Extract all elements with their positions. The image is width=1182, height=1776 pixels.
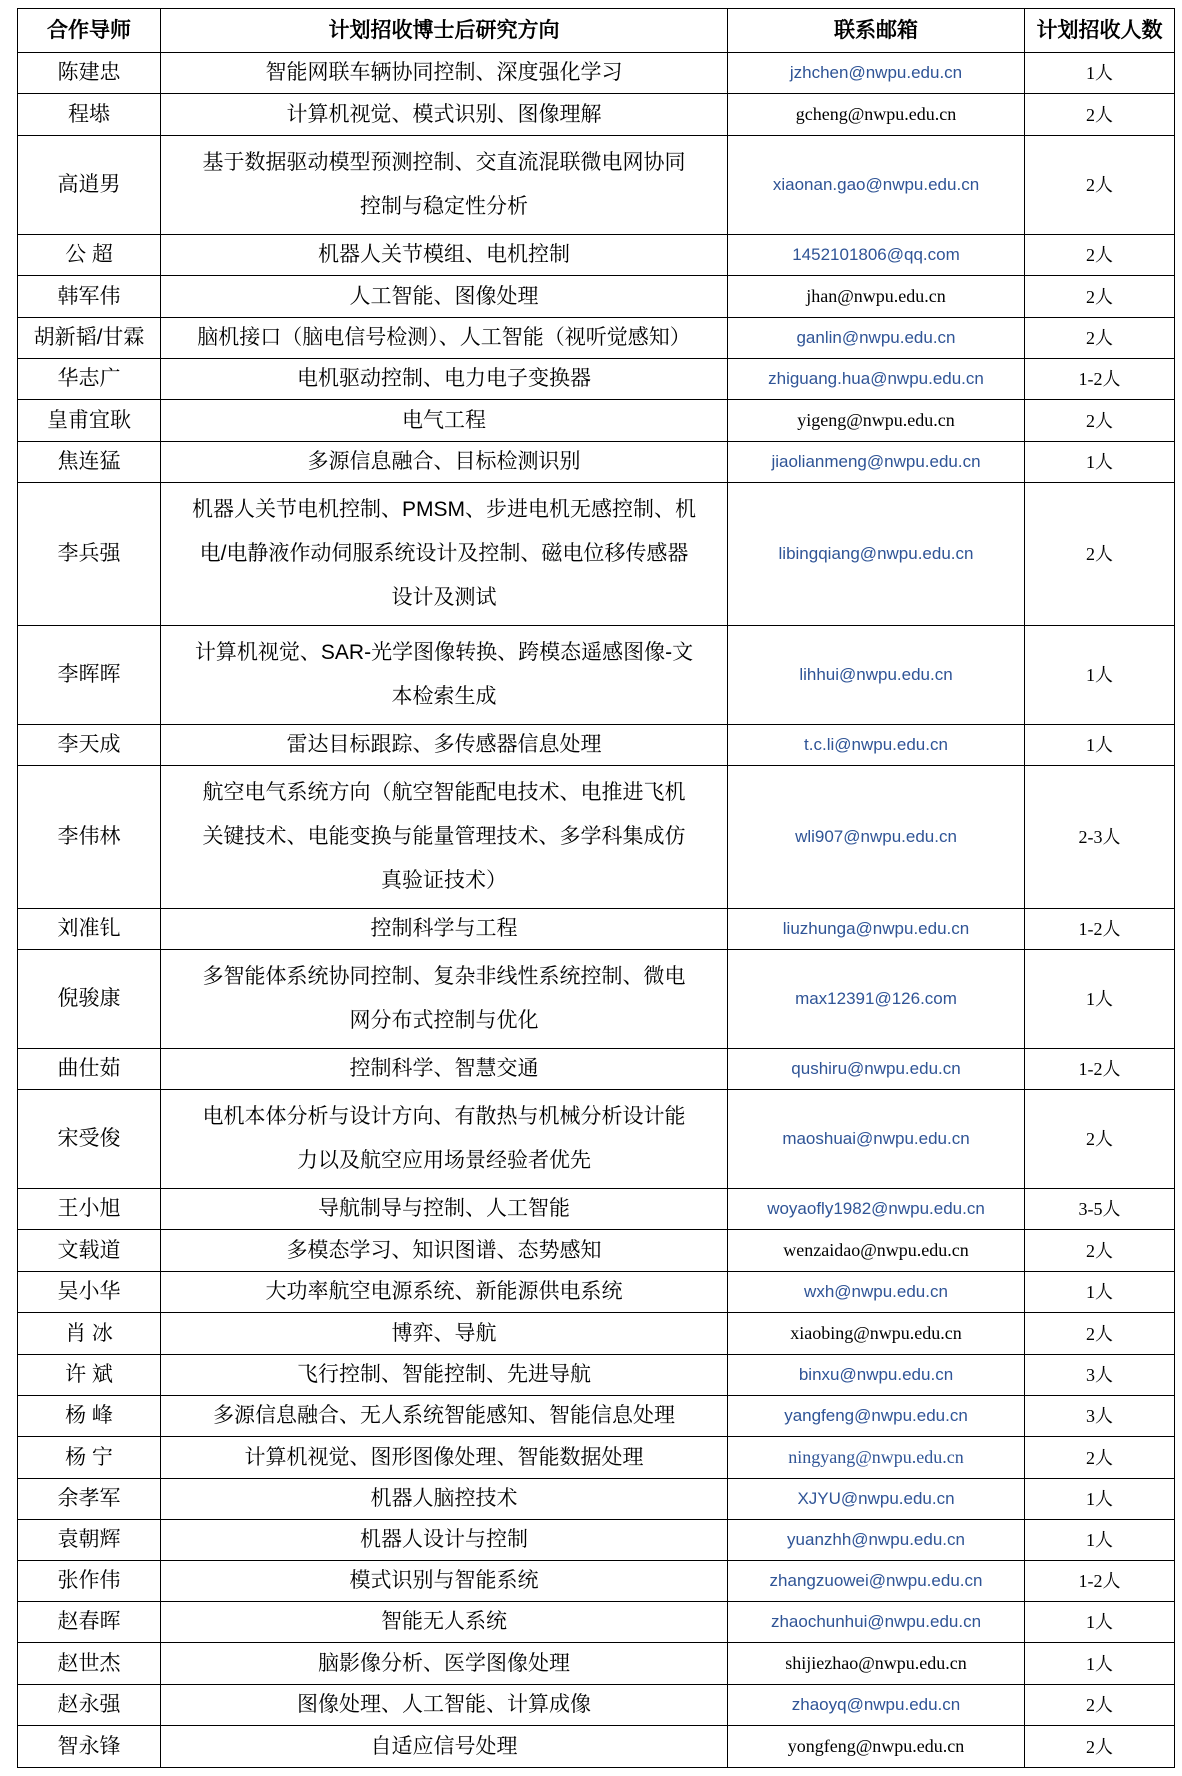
research-direction: 电机驱动控制、电力电子变换器 <box>161 359 728 400</box>
table-row: 韩军伟人工智能、图像处理jhan@nwpu.edu.cn2人 <box>18 276 1175 318</box>
recruit-count: 2人 <box>1025 1437 1175 1479</box>
email-cell: ganlin@nwpu.edu.cn <box>728 318 1025 359</box>
email-link[interactable]: libingqiang@nwpu.edu.cn <box>779 544 974 563</box>
advisor-name: 程塨 <box>18 94 161 136</box>
advisor-name: 杨 宁 <box>18 1437 161 1479</box>
email-cell: xiaobing@nwpu.edu.cn <box>728 1313 1025 1355</box>
research-direction: 控制科学、智慧交通 <box>161 1049 728 1090</box>
email-link[interactable]: wxh@nwpu.edu.cn <box>804 1282 948 1301</box>
email-link[interactable]: wli907@nwpu.edu.cn <box>795 827 957 846</box>
recruit-count: 1人 <box>1025 53 1175 94</box>
recruit-count: 1人 <box>1025 1520 1175 1561</box>
advisor-name: 赵永强 <box>18 1685 161 1726</box>
email-link[interactable]: jiaolianmeng@nwpu.edu.cn <box>771 452 980 471</box>
email-cell: wli907@nwpu.edu.cn <box>728 766 1025 909</box>
email-link[interactable]: XJYU@nwpu.edu.cn <box>797 1489 954 1508</box>
research-direction: 机器人关节电机控制、PMSM、步进电机无感控制、机 电/电静液作动伺服系统设计及… <box>161 483 728 626</box>
recruit-count: 1人 <box>1025 626 1175 725</box>
research-direction: 电气工程 <box>161 400 728 442</box>
email-link[interactable]: woyaofly1982@nwpu.edu.cn <box>767 1199 985 1218</box>
recruit-count: 3人 <box>1025 1355 1175 1396</box>
advisor-name: 公 超 <box>18 235 161 276</box>
research-direction: 多源信息融合、无人系统智能感知、智能信息处理 <box>161 1396 728 1437</box>
email-cell: binxu@nwpu.edu.cn <box>728 1355 1025 1396</box>
email-cell: libingqiang@nwpu.edu.cn <box>728 483 1025 626</box>
recruit-count: 1人 <box>1025 442 1175 483</box>
email-link[interactable]: ganlin@nwpu.edu.cn <box>796 328 955 347</box>
recruit-count: 1-2人 <box>1025 359 1175 400</box>
email-cell: yigeng@nwpu.edu.cn <box>728 400 1025 442</box>
email-link[interactable]: zhaochunhui@nwpu.edu.cn <box>771 1612 981 1631</box>
advisor-name: 曲仕茹 <box>18 1049 161 1090</box>
table-row: 赵世杰脑影像分析、医学图像处理shijiezhao@nwpu.edu.cn1人 <box>18 1643 1175 1685</box>
email-link[interactable]: jzhchen@nwpu.edu.cn <box>790 63 962 82</box>
table-row: 李晖晖计算机视觉、SAR-光学图像转换、跨模态遥感图像-文 本检索生成lihhu… <box>18 626 1175 725</box>
recruit-count: 2人 <box>1025 94 1175 136</box>
recruit-count: 1人 <box>1025 725 1175 766</box>
recruit-count: 1-2人 <box>1025 1561 1175 1602</box>
table-row: 程塨计算机视觉、模式识别、图像理解gcheng@nwpu.edu.cn2人 <box>18 94 1175 136</box>
research-direction: 计算机视觉、模式识别、图像理解 <box>161 94 728 136</box>
table-row: 肖 冰博弈、导航xiaobing@nwpu.edu.cn2人 <box>18 1313 1175 1355</box>
recruit-count: 2人 <box>1025 1726 1175 1768</box>
header-advisor: 合作导师 <box>18 9 161 53</box>
email-link[interactable]: max12391@126.com <box>795 989 957 1008</box>
recruit-count: 1人 <box>1025 1479 1175 1520</box>
recruit-count: 2人 <box>1025 1230 1175 1272</box>
advisor-name: 华志广 <box>18 359 161 400</box>
email-link[interactable]: zhiguang.hua@nwpu.edu.cn <box>768 369 984 388</box>
advisor-name: 刘准钆 <box>18 909 161 950</box>
advisor-name: 李天成 <box>18 725 161 766</box>
table-row: 袁朝辉机器人设计与控制yuanzhh@nwpu.edu.cn1人 <box>18 1520 1175 1561</box>
table-row: 杨 宁计算机视觉、图形图像处理、智能数据处理ningyang@nwpu.edu.… <box>18 1437 1175 1479</box>
research-direction: 电机本体分析与设计方向、有散热与机械分析设计能 力以及航空应用场景经验者优先 <box>161 1090 728 1189</box>
research-direction: 机器人关节模组、电机控制 <box>161 235 728 276</box>
advisor-name: 高逍男 <box>18 136 161 235</box>
email-link[interactable]: maoshuai@nwpu.edu.cn <box>782 1129 969 1148</box>
table-row: 高逍男基于数据驱动模型预测控制、交直流混联微电网协同 控制与稳定性分析xiaon… <box>18 136 1175 235</box>
table-row: 张作伟模式识别与智能系统zhangzuowei@nwpu.edu.cn1-2人 <box>18 1561 1175 1602</box>
research-direction: 机器人脑控技术 <box>161 1479 728 1520</box>
advisor-name: 余孝军 <box>18 1479 161 1520</box>
email-text: gcheng@nwpu.edu.cn <box>796 104 957 124</box>
email-link[interactable]: 1452101806@qq.com <box>792 245 960 264</box>
recruit-count: 2-3人 <box>1025 766 1175 909</box>
email-link[interactable]: binxu@nwpu.edu.cn <box>799 1365 953 1384</box>
email-text: yigeng@nwpu.edu.cn <box>797 410 955 430</box>
recruit-count: 2人 <box>1025 1685 1175 1726</box>
recruit-count: 2人 <box>1025 1313 1175 1355</box>
email-cell: yuanzhh@nwpu.edu.cn <box>728 1520 1025 1561</box>
email-cell: zhaoyq@nwpu.edu.cn <box>728 1685 1025 1726</box>
research-direction: 控制科学与工程 <box>161 909 728 950</box>
advisor-name: 智永锋 <box>18 1726 161 1768</box>
research-direction: 智能无人系统 <box>161 1602 728 1643</box>
table-row: 赵春晖智能无人系统zhaochunhui@nwpu.edu.cn1人 <box>18 1602 1175 1643</box>
page: 合作导师 计划招收博士后研究方向 联系邮箱 计划招收人数 陈建忠智能网联车辆协同… <box>0 0 1182 1776</box>
recruit-count: 2人 <box>1025 235 1175 276</box>
advisor-name: 张作伟 <box>18 1561 161 1602</box>
table-row: 皇甫宜耿电气工程yigeng@nwpu.edu.cn2人 <box>18 400 1175 442</box>
email-cell: liuzhunga@nwpu.edu.cn <box>728 909 1025 950</box>
email-cell: wenzaidao@nwpu.edu.cn <box>728 1230 1025 1272</box>
table-row: 文载道多模态学习、知识图谱、态势感知wenzaidao@nwpu.edu.cn2… <box>18 1230 1175 1272</box>
recruit-count: 2人 <box>1025 400 1175 442</box>
email-cell: yongfeng@nwpu.edu.cn <box>728 1726 1025 1768</box>
advisor-name: 焦连猛 <box>18 442 161 483</box>
table-row: 杨 峰多源信息融合、无人系统智能感知、智能信息处理yangfeng@nwpu.e… <box>18 1396 1175 1437</box>
email-link[interactable]: liuzhunga@nwpu.edu.cn <box>783 919 969 938</box>
research-direction: 计算机视觉、图形图像处理、智能数据处理 <box>161 1437 728 1479</box>
table-row: 华志广电机驱动控制、电力电子变换器zhiguang.hua@nwpu.edu.c… <box>18 359 1175 400</box>
advisor-name: 赵春晖 <box>18 1602 161 1643</box>
email-cell: XJYU@nwpu.edu.cn <box>728 1479 1025 1520</box>
table-row: 智永锋自适应信号处理yongfeng@nwpu.edu.cn2人 <box>18 1726 1175 1768</box>
table-row: 曲仕茹控制科学、智慧交通qushiru@nwpu.edu.cn1-2人 <box>18 1049 1175 1090</box>
research-direction: 多源信息融合、目标检测识别 <box>161 442 728 483</box>
advisor-name: 许 斌 <box>18 1355 161 1396</box>
advisor-name: 赵世杰 <box>18 1643 161 1685</box>
recruitment-table: 合作导师 计划招收博士后研究方向 联系邮箱 计划招收人数 陈建忠智能网联车辆协同… <box>17 8 1175 1768</box>
email-cell: zhangzuowei@nwpu.edu.cn <box>728 1561 1025 1602</box>
advisor-name: 倪骏康 <box>18 950 161 1049</box>
email-link[interactable]: xiaonan.gao@nwpu.edu.cn <box>773 175 979 194</box>
research-direction: 机器人设计与控制 <box>161 1520 728 1561</box>
email-cell: woyaofly1982@nwpu.edu.cn <box>728 1189 1025 1230</box>
email-cell: jzhchen@nwpu.edu.cn <box>728 53 1025 94</box>
research-direction: 多智能体系统协同控制、复杂非线性系统控制、微电 网分布式控制与优化 <box>161 950 728 1049</box>
table-row: 焦连猛多源信息融合、目标检测识别jiaolianmeng@nwpu.edu.cn… <box>18 442 1175 483</box>
email-cell: shijiezhao@nwpu.edu.cn <box>728 1643 1025 1685</box>
email-text: xiaobing@nwpu.edu.cn <box>790 1323 962 1343</box>
email-cell: wxh@nwpu.edu.cn <box>728 1272 1025 1313</box>
email-cell: zhaochunhui@nwpu.edu.cn <box>728 1602 1025 1643</box>
email-text: yongfeng@nwpu.edu.cn <box>788 1736 965 1756</box>
email-cell: ningyang@nwpu.edu.cn <box>728 1437 1025 1479</box>
table-body: 陈建忠智能网联车辆协同控制、深度强化学习jzhchen@nwpu.edu.cn1… <box>18 53 1175 1768</box>
email-link[interactable]: zhangzuowei@nwpu.edu.cn <box>770 1571 983 1590</box>
table-row: 刘准钆控制科学与工程liuzhunga@nwpu.edu.cn1-2人 <box>18 909 1175 950</box>
research-direction: 导航制导与控制、人工智能 <box>161 1189 728 1230</box>
table-row: 许 斌飞行控制、智能控制、先进导航binxu@nwpu.edu.cn3人 <box>18 1355 1175 1396</box>
advisor-name: 吴小华 <box>18 1272 161 1313</box>
recruit-count: 1-2人 <box>1025 1049 1175 1090</box>
advisor-name: 袁朝辉 <box>18 1520 161 1561</box>
recruit-count: 1人 <box>1025 1643 1175 1685</box>
advisor-name: 杨 峰 <box>18 1396 161 1437</box>
email-text: jhan@nwpu.edu.cn <box>806 286 946 306</box>
email-cell: jiaolianmeng@nwpu.edu.cn <box>728 442 1025 483</box>
recruit-count: 2人 <box>1025 483 1175 626</box>
table-row: 李天成雷达目标跟踪、多传感器信息处理t.c.li@nwpu.edu.cn1人 <box>18 725 1175 766</box>
recruit-count: 1人 <box>1025 950 1175 1049</box>
research-direction: 博弈、导航 <box>161 1313 728 1355</box>
email-cell: lihhui@nwpu.edu.cn <box>728 626 1025 725</box>
recruit-count: 3人 <box>1025 1396 1175 1437</box>
research-direction: 雷达目标跟踪、多传感器信息处理 <box>161 725 728 766</box>
advisor-name: 胡新韬/甘霖 <box>18 318 161 359</box>
research-direction: 脑机接口（脑电信号检测）、人工智能（视听觉感知） <box>161 318 728 359</box>
research-direction: 脑影像分析、医学图像处理 <box>161 1643 728 1685</box>
table-row: 余孝军机器人脑控技术XJYU@nwpu.edu.cn1人 <box>18 1479 1175 1520</box>
research-direction: 人工智能、图像处理 <box>161 276 728 318</box>
research-direction: 大功率航空电源系统、新能源供电系统 <box>161 1272 728 1313</box>
recruit-count: 2人 <box>1025 1090 1175 1189</box>
email-cell: gcheng@nwpu.edu.cn <box>728 94 1025 136</box>
email-text: shijiezhao@nwpu.edu.cn <box>785 1653 967 1673</box>
research-direction: 计算机视觉、SAR-光学图像转换、跨模态遥感图像-文 本检索生成 <box>161 626 728 725</box>
advisor-name: 肖 冰 <box>18 1313 161 1355</box>
advisor-name: 陈建忠 <box>18 53 161 94</box>
header-email: 联系邮箱 <box>728 9 1025 53</box>
recruit-count: 2人 <box>1025 136 1175 235</box>
email-link[interactable]: lihhui@nwpu.edu.cn <box>799 665 952 684</box>
email-text: wenzaidao@nwpu.edu.cn <box>783 1240 969 1260</box>
email-cell: max12391@126.com <box>728 950 1025 1049</box>
recruit-count: 1人 <box>1025 1272 1175 1313</box>
table-row: 吴小华大功率航空电源系统、新能源供电系统wxh@nwpu.edu.cn1人 <box>18 1272 1175 1313</box>
header-row: 合作导师 计划招收博士后研究方向 联系邮箱 计划招收人数 <box>18 9 1175 53</box>
research-direction: 基于数据驱动模型预测控制、交直流混联微电网协同 控制与稳定性分析 <box>161 136 728 235</box>
email-cell: qushiru@nwpu.edu.cn <box>728 1049 1025 1090</box>
header-research: 计划招收博士后研究方向 <box>161 9 728 53</box>
recruit-count: 1人 <box>1025 1602 1175 1643</box>
research-direction: 智能网联车辆协同控制、深度强化学习 <box>161 53 728 94</box>
email-link[interactable]: yuanzhh@nwpu.edu.cn <box>787 1530 965 1549</box>
email-link[interactable]: ningyang@nwpu.edu.cn <box>788 1447 964 1467</box>
advisor-name: 皇甫宜耿 <box>18 400 161 442</box>
advisor-name: 王小旭 <box>18 1189 161 1230</box>
recruit-count: 3-5人 <box>1025 1189 1175 1230</box>
table-header: 合作导师 计划招收博士后研究方向 联系邮箱 计划招收人数 <box>18 9 1175 53</box>
email-cell: zhiguang.hua@nwpu.edu.cn <box>728 359 1025 400</box>
research-direction: 多模态学习、知识图谱、态势感知 <box>161 1230 728 1272</box>
email-link[interactable]: yangfeng@nwpu.edu.cn <box>784 1406 968 1425</box>
table-row: 赵永强图像处理、人工智能、计算成像zhaoyq@nwpu.edu.cn2人 <box>18 1685 1175 1726</box>
email-cell: maoshuai@nwpu.edu.cn <box>728 1090 1025 1189</box>
recruit-count: 2人 <box>1025 276 1175 318</box>
email-link[interactable]: t.c.li@nwpu.edu.cn <box>804 735 948 754</box>
table-row: 倪骏康多智能体系统协同控制、复杂非线性系统控制、微电 网分布式控制与优化max1… <box>18 950 1175 1049</box>
table-row: 宋受俊电机本体分析与设计方向、有散热与机械分析设计能 力以及航空应用场景经验者优… <box>18 1090 1175 1189</box>
email-cell: t.c.li@nwpu.edu.cn <box>728 725 1025 766</box>
table-row: 公 超机器人关节模组、电机控制1452101806@qq.com2人 <box>18 235 1175 276</box>
email-cell: xiaonan.gao@nwpu.edu.cn <box>728 136 1025 235</box>
advisor-name: 宋受俊 <box>18 1090 161 1189</box>
recruit-count: 1-2人 <box>1025 909 1175 950</box>
advisor-name: 李晖晖 <box>18 626 161 725</box>
recruit-count: 2人 <box>1025 318 1175 359</box>
advisor-name: 文载道 <box>18 1230 161 1272</box>
advisor-name: 李伟林 <box>18 766 161 909</box>
email-cell: 1452101806@qq.com <box>728 235 1025 276</box>
table-row: 胡新韬/甘霖脑机接口（脑电信号检测）、人工智能（视听觉感知）ganlin@nwp… <box>18 318 1175 359</box>
research-direction: 图像处理、人工智能、计算成像 <box>161 1685 728 1726</box>
table-row: 李伟林航空电气系统方向（航空智能配电技术、电推进飞机 关键技术、电能变换与能量管… <box>18 766 1175 909</box>
email-link[interactable]: zhaoyq@nwpu.edu.cn <box>792 1695 960 1714</box>
research-direction: 模式识别与智能系统 <box>161 1561 728 1602</box>
header-count: 计划招收人数 <box>1025 9 1175 53</box>
table-row: 陈建忠智能网联车辆协同控制、深度强化学习jzhchen@nwpu.edu.cn1… <box>18 53 1175 94</box>
email-cell: yangfeng@nwpu.edu.cn <box>728 1396 1025 1437</box>
advisor-name: 韩军伟 <box>18 276 161 318</box>
table-row: 李兵强机器人关节电机控制、PMSM、步进电机无感控制、机 电/电静液作动伺服系统… <box>18 483 1175 626</box>
advisor-name: 李兵强 <box>18 483 161 626</box>
research-direction: 自适应信号处理 <box>161 1726 728 1768</box>
research-direction: 飞行控制、智能控制、先进导航 <box>161 1355 728 1396</box>
research-direction: 航空电气系统方向（航空智能配电技术、电推进飞机 关键技术、电能变换与能量管理技术… <box>161 766 728 909</box>
table-row: 王小旭导航制导与控制、人工智能woyaofly1982@nwpu.edu.cn3… <box>18 1189 1175 1230</box>
email-cell: jhan@nwpu.edu.cn <box>728 276 1025 318</box>
email-link[interactable]: qushiru@nwpu.edu.cn <box>791 1059 960 1078</box>
